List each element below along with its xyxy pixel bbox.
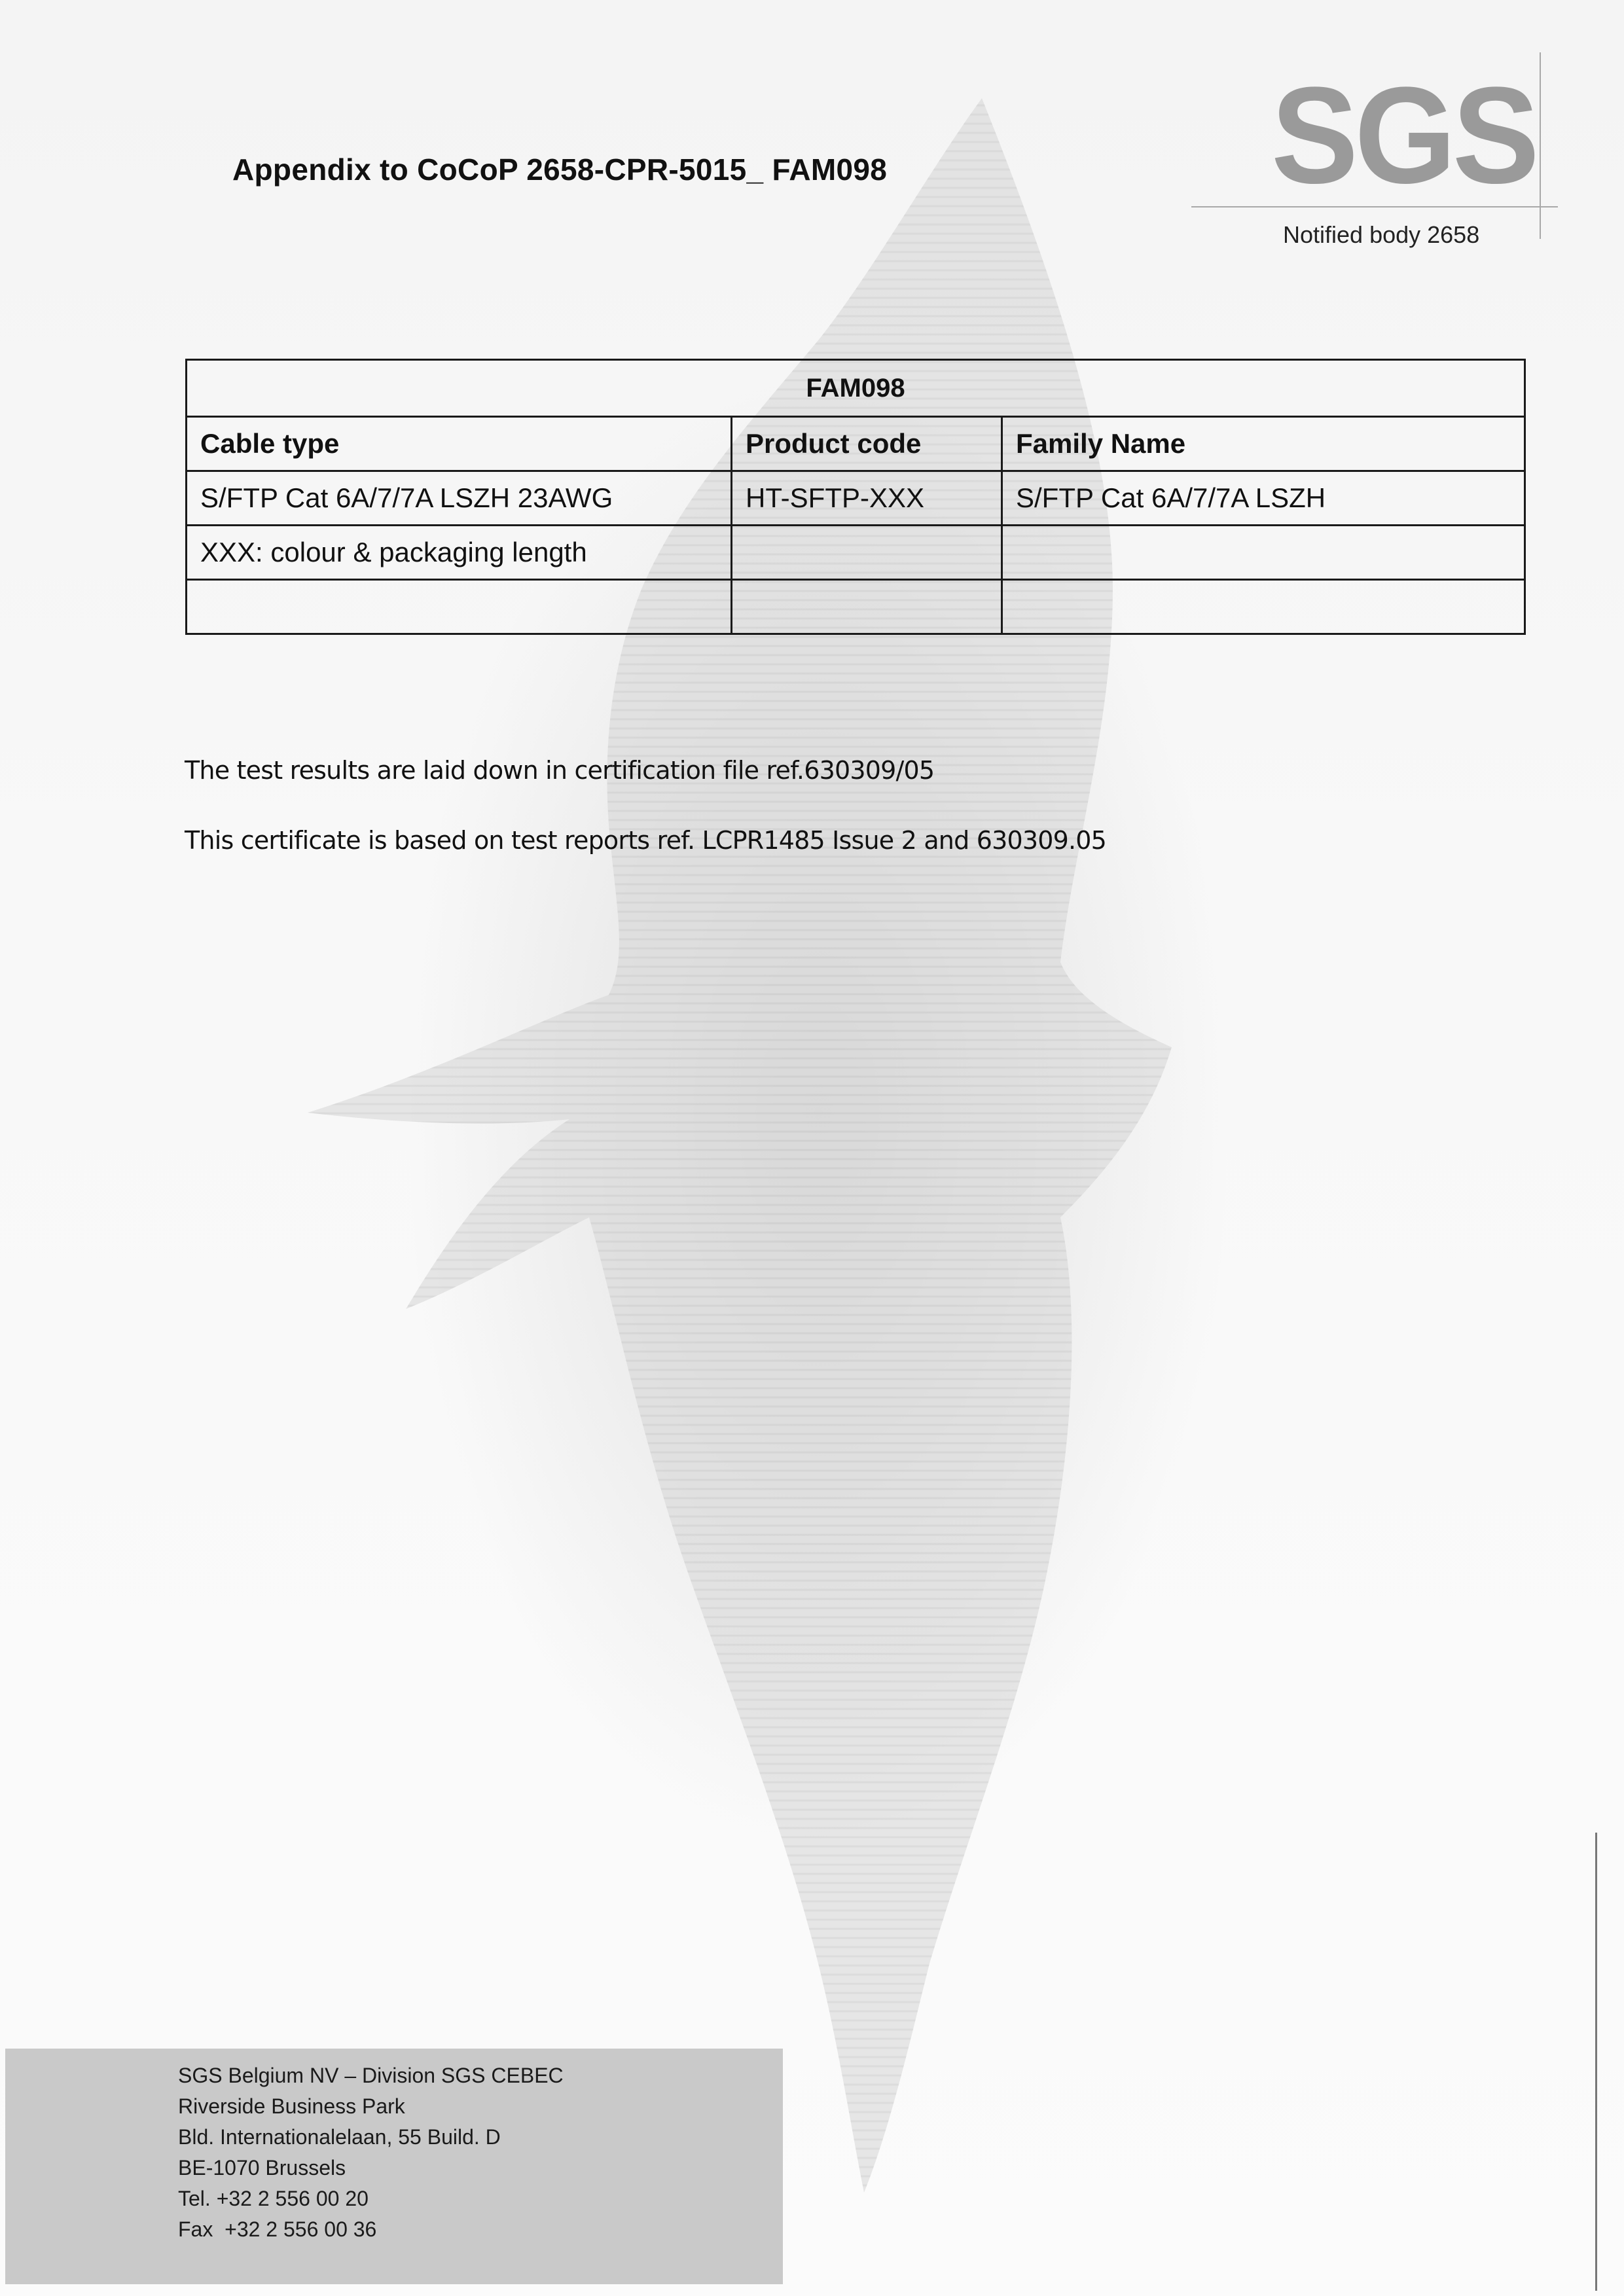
table-row: XXX: colour & packaging length [187, 526, 1525, 580]
table-row: S/FTP Cat 6A/7/7A LSZH 23AWG HT-SFTP-XXX… [187, 471, 1525, 526]
family-header-row: FAM098 [187, 360, 1525, 417]
cell-family-name [1002, 580, 1525, 634]
cell-cable-type [187, 580, 732, 634]
sgs-logo-icon: SGS [1271, 67, 1536, 204]
test-reports-text: This certificate is based on test report… [185, 826, 1106, 855]
sgs-logo: SGS Notified body 2658 [1191, 52, 1558, 268]
cell-family-name [1002, 526, 1525, 580]
footer-phone: Tel. +32 2 556 00 20 [178, 2183, 564, 2214]
family-header: FAM098 [187, 360, 1525, 417]
footer-city: BE-1070 Brussels [178, 2153, 564, 2183]
footer-park: Riverside Business Park [178, 2091, 564, 2122]
certification-file-text: The test results are laid down in certif… [185, 756, 934, 785]
cell-family-name: S/FTP Cat 6A/7/7A LSZH [1002, 471, 1525, 526]
document-title: Appendix to CoCoP 2658-CPR-5015_ FAM098 [232, 152, 887, 187]
scan-edge-line [1595, 1833, 1597, 2291]
table-row [187, 580, 1525, 634]
certificate-table: FAM098 Cable type Product code Family Na… [185, 359, 1526, 635]
footer-company: SGS Belgium NV – Division SGS CEBEC [178, 2060, 564, 2091]
column-header-product-code: Product code [732, 417, 1002, 471]
footer-address: SGS Belgium NV – Division SGS CEBEC Rive… [178, 2060, 564, 2245]
cell-cable-type: XXX: colour & packaging length [187, 526, 732, 580]
footer-street: Bld. Internationalelaan, 55 Build. D [178, 2122, 564, 2153]
cell-product-code [732, 526, 1002, 580]
column-header-row: Cable type Product code Family Name [187, 417, 1525, 471]
footer-fax: Fax +32 2 556 00 36 [178, 2214, 564, 2245]
cell-cable-type: S/FTP Cat 6A/7/7A LSZH 23AWG [187, 471, 732, 526]
notified-body-caption: Notified body 2658 [1283, 221, 1479, 249]
logo-vertical-rule [1540, 52, 1541, 239]
column-header-cable-type: Cable type [187, 417, 732, 471]
column-header-family-name: Family Name [1002, 417, 1525, 471]
cell-product-code [732, 580, 1002, 634]
logo-horizontal-rule [1191, 206, 1558, 207]
cell-product-code: HT-SFTP-XXX [732, 471, 1002, 526]
bird-watermark-icon [0, 0, 1624, 2296]
